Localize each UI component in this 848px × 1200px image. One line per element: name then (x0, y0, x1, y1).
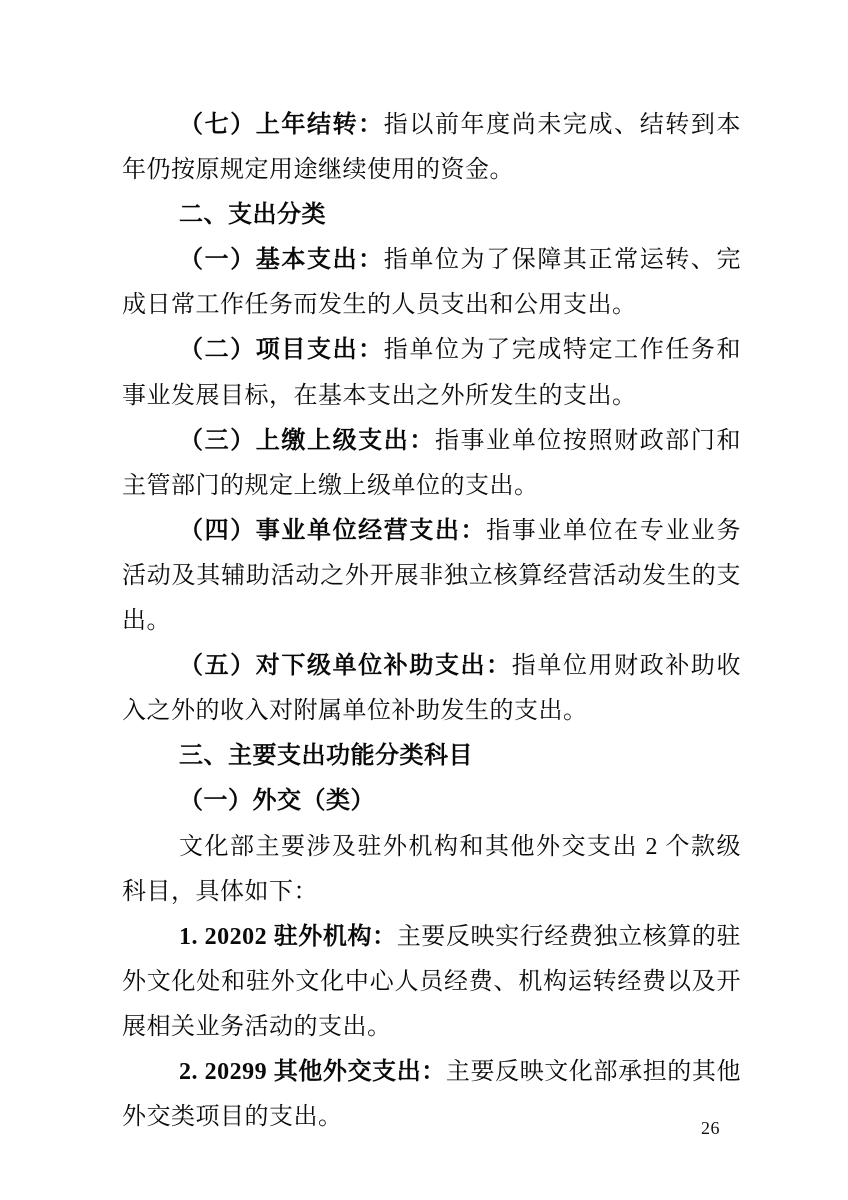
paragraph-lead: （三）上缴上级支出： (179, 428, 435, 454)
paragraph: （七）上年结转：指以前年度尚未完成、结转到本年仍按原规定用途继续使用的资金。 (122, 103, 741, 193)
paragraph-lead: （二）项目支出： (179, 337, 384, 363)
paragraph: 文化部主要涉及驻外机构和其他外交支出 2 个款级科目，具体如下： (122, 825, 741, 915)
paragraph: （四）事业单位经营支出：指事业单位在专业业务活动及其辅助活动之外开展非独立核算经… (122, 509, 741, 644)
paragraph: （一）基本支出：指单位为了保障其正常运转、完成日常工作任务而发生的人员支出和公用… (122, 238, 741, 328)
paragraph-text: 文化部主要涉及驻外机构和其他外交支出 2 个款级科目，具体如下： (122, 834, 741, 905)
paragraph-lead: 2. 20299 其他外交支出： (179, 1059, 446, 1085)
paragraph-lead: （四）事业单位经营支出： (179, 518, 486, 544)
paragraph: （五）对下级单位补助支出：指单位用财政补助收入之外的收入对附属单位补助发生的支出… (122, 644, 741, 734)
paragraph: 二、支出分类 (122, 193, 741, 238)
paragraph: 三、主要支出功能分类科目 (122, 734, 741, 779)
paragraph-lead: （五）对下级单位补助支出： (179, 653, 512, 679)
paragraph: （三）上缴上级支出：指事业单位按照财政部门和主管部门的规定上缴上级单位的支出。 (122, 419, 741, 509)
paragraph-lead: 二、支出分类 (179, 202, 326, 228)
paragraph: （二）项目支出：指单位为了完成特定工作任务和事业发展目标，在基本支出之外所发生的… (122, 328, 741, 418)
document-body: （七）上年结转：指以前年度尚未完成、结转到本年仍按原规定用途继续使用的资金。 二… (122, 103, 741, 1140)
page-number: 26 (701, 1117, 720, 1139)
paragraph: 1. 20202 驻外机构：主要反映实行经费独立核算的驻外文化处和驻外文化中心人… (122, 915, 741, 1050)
paragraph-lead: 三、主要支出功能分类科目 (179, 743, 473, 769)
paragraph-lead: 1. 20202 驻外机构： (179, 924, 397, 950)
document-page: （七）上年结转：指以前年度尚未完成、结转到本年仍按原规定用途继续使用的资金。 二… (0, 0, 848, 1200)
paragraph: 2. 20299 其他外交支出：主要反映文化部承担的其他外交类项目的支出。 (122, 1050, 741, 1140)
paragraph: （一）外交（类） (122, 779, 741, 824)
paragraph-lead: （一）基本支出： (179, 247, 384, 273)
paragraph-lead: （一）外交（类） (179, 788, 375, 814)
paragraph-lead: （七）上年结转： (179, 112, 384, 138)
